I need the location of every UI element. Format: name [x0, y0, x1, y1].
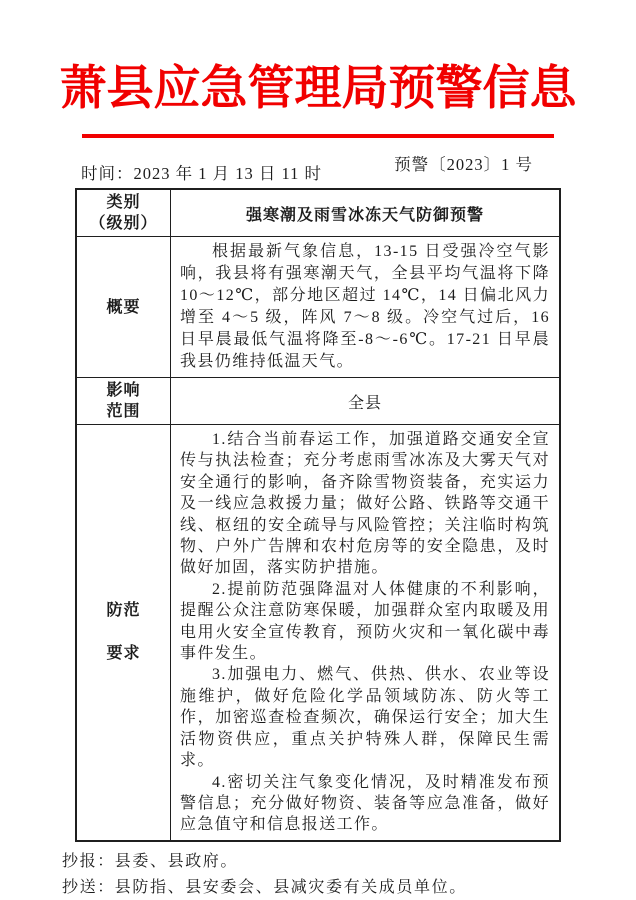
requirement-item-2: 2.提前防范强降温对人体健康的不利影响，提醒公众注意防寒保暖，加强群众室内取暖及…	[180, 579, 550, 665]
summary-paragraph: 根据最新气象信息，13-15 日受强冷空气影响，我县将有强寒潮天气，全县平均气温…	[180, 241, 550, 373]
scope-label-cell: 影响 范围	[76, 378, 171, 425]
title-divider-rule	[82, 134, 554, 138]
requirements-label-cell: 防范 要求	[76, 425, 171, 841]
issue-time: 时间：2023 年 1 月 13 日 11 时	[75, 160, 322, 184]
category-label-line2: （级别）	[78, 213, 169, 234]
requirement-item-3: 3.加强电力、燃气、供热、供水、农业等设施维护，做好危险化学品领域防冻、防火等工…	[180, 664, 550, 771]
requirements-value-cell: 1.结合当前春运工作，加强道路交通安全宣传与执法检查；充分考虑雨雪冰冻及大雾天气…	[171, 425, 561, 841]
category-label-cell: 类别 （级别）	[76, 189, 171, 237]
table-row-category: 类别 （级别） 强寒潮及雨雪冰冻天气防御预警	[76, 189, 560, 237]
table-row-requirements: 防范 要求 1.结合当前春运工作，加强道路交通安全宣传与执法检查；充分考虑雨雪冰…	[76, 425, 560, 841]
requirements-label-line1: 防范	[78, 600, 169, 621]
category-value: 强寒潮及雨雪冰冻天气防御预警	[171, 189, 561, 237]
summary-label-cell: 概要	[76, 237, 171, 378]
table-row-summary: 概要 根据最新气象信息，13-15 日受强冷空气影响，我县将有强寒潮天气，全县平…	[76, 237, 560, 378]
doc-number: 预警〔2023〕1 号	[394, 151, 561, 175]
requirement-item-1: 1.结合当前春运工作，加强道路交通安全宣传与执法检查；充分考虑雨雪冰冻及大雾天气…	[180, 429, 550, 579]
warning-info-table: 类别 （级别） 强寒潮及雨雪冰冻天气防御预警 概要 根据最新气象信息，13-15…	[75, 188, 561, 842]
document-page: 萧县应急管理局预警信息 时间：2023 年 1 月 13 日 11 时 预警〔2…	[0, 0, 636, 900]
copy-send-line: 抄送：县防指、县安委会、县减灾委有关成员单位。	[62, 875, 572, 900]
scope-label-line1: 影响	[78, 380, 169, 401]
category-label-line1: 类别	[78, 192, 169, 213]
page-title: 萧县应急管理局预警信息	[0, 0, 636, 120]
scope-value: 全县	[171, 378, 561, 425]
table-row-scope: 影响 范围 全县	[76, 378, 560, 425]
copy-report-line: 抄报：县委、县政府。	[62, 849, 572, 875]
requirement-item-4: 4.密切关注气象变化情况，及时精准发布预警信息；充分做好物资、装备等应急准备，做…	[180, 772, 550, 836]
footer-distribution: 抄报：县委、县政府。 抄送：县防指、县安委会、县减灾委有关成员单位。	[62, 849, 572, 900]
summary-value-cell: 根据最新气象信息，13-15 日受强冷空气影响，我县将有强寒潮天气，全县平均气温…	[171, 237, 561, 378]
scope-label-line2: 范围	[78, 401, 169, 422]
requirements-label-line2: 要求	[78, 643, 169, 664]
meta-row: 时间：2023 年 1 月 13 日 11 时 预警〔2023〕1 号	[75, 160, 561, 184]
